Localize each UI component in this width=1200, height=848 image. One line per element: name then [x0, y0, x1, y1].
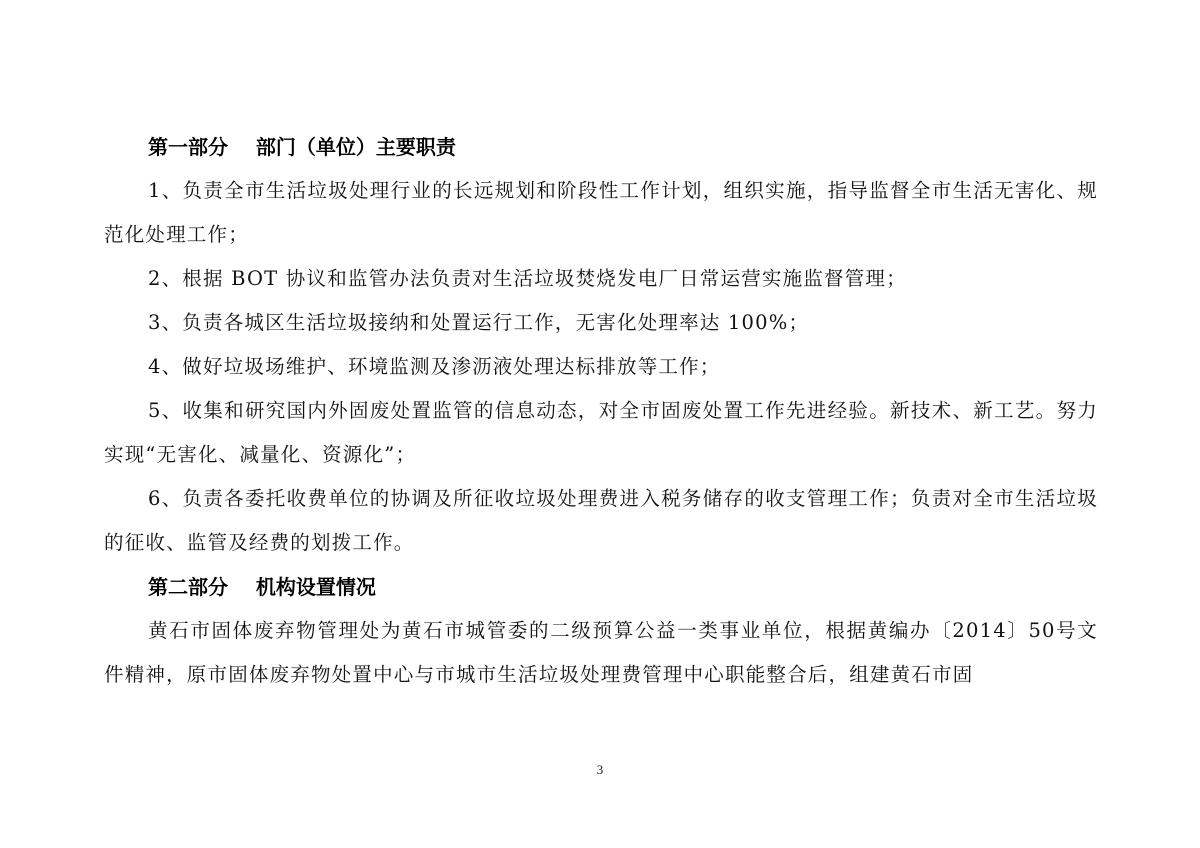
duty-item-6: 6、负责各委托收费单位的协调及所征收垃圾处理费进入税务储存的收支管理工作；负责对… — [104, 477, 1098, 565]
section-heading-main-duties: 第一部分 部门（单位）主要职责 — [104, 125, 1098, 169]
organization-paragraph: 黄石市固体废弃物管理处为黄石市城管委的二级预算公益一类事业单位，根据黄编办〔20… — [104, 609, 1098, 697]
section-heading-organization: 第二部分 机构设置情况 — [104, 565, 1098, 609]
page-number: 3 — [0, 762, 1200, 778]
duty-item-5: 5、收集和研究国内外固废处置监管的信息动态，对全市固废处置工作先进经验。新技术、… — [104, 389, 1098, 477]
document-body: 第一部分 部门（单位）主要职责 1、负责全市生活垃圾处理行业的长远规划和阶段性工… — [104, 125, 1098, 697]
duty-item-2: 2、根据 BOT 协议和监管办法负责对生活垃圾焚烧发电厂日常运营实施监督管理； — [104, 257, 1098, 301]
duty-item-4: 4、做好垃圾场维护、环境监测及渗沥液处理达标排放等工作； — [104, 345, 1098, 389]
document-page: 第一部分 部门（单位）主要职责 1、负责全市生活垃圾处理行业的长远规划和阶段性工… — [0, 0, 1200, 848]
duty-item-1: 1、负责全市生活垃圾处理行业的长远规划和阶段性工作计划，组织实施，指导监督全市生… — [104, 169, 1098, 257]
duty-item-3: 3、负责各城区生活垃圾接纳和处置运行工作，无害化处理率达 100%； — [104, 301, 1098, 345]
